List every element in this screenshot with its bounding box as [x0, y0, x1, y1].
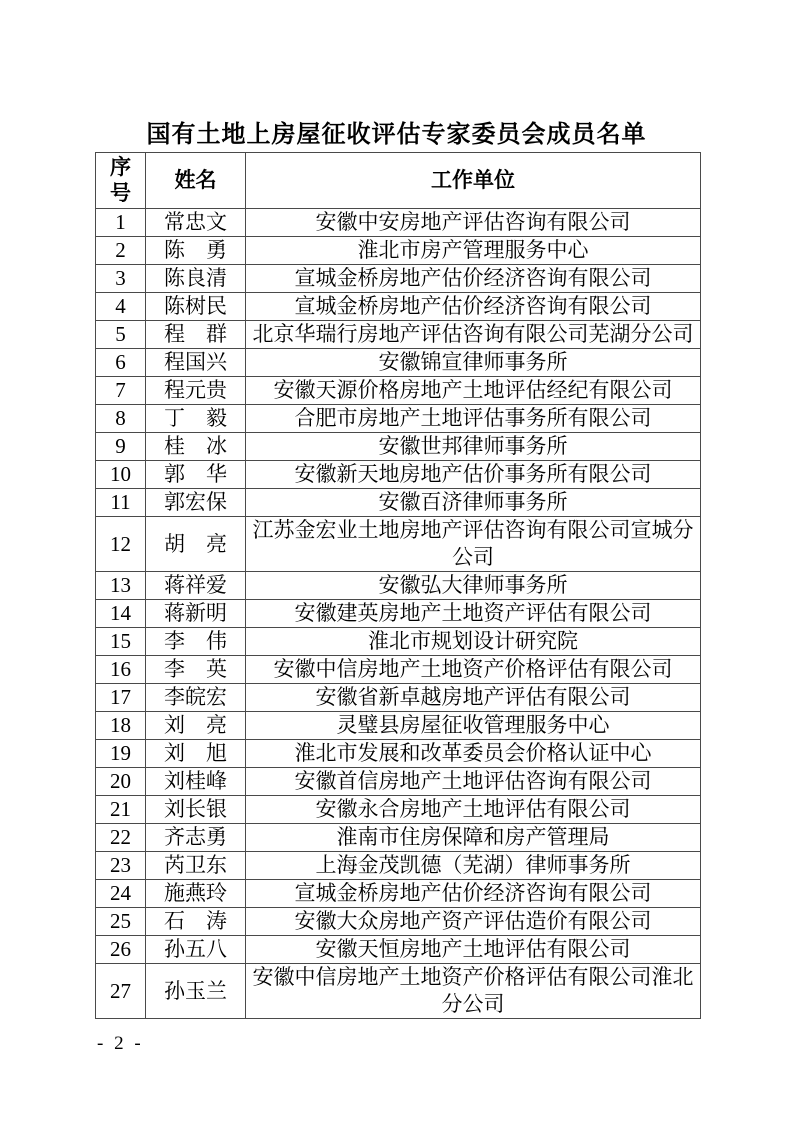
row-name: 孙玉兰	[146, 964, 246, 1019]
header-seq: 序号	[96, 153, 146, 209]
row-seq: 9	[96, 433, 146, 461]
row-name: 蒋祥爱	[146, 572, 246, 600]
table-row: 4陈树民宣城金桥房地产估价经济咨询有限公司	[96, 293, 701, 321]
row-name: 陈良清	[146, 265, 246, 293]
header-seq-label: 序号	[108, 155, 132, 207]
table-row: 26孙五八安徽天恒房地产土地评估有限公司	[96, 936, 701, 964]
row-name: 李 伟	[146, 628, 246, 656]
table-row: 13蒋祥爱安徽弘大律师事务所	[96, 572, 701, 600]
row-unit: 上海金茂凯德（芜湖）律师事务所	[246, 852, 701, 880]
table-row: 18刘 亮灵璧县房屋征收管理服务中心	[96, 712, 701, 740]
row-name: 陈树民	[146, 293, 246, 321]
row-name: 郭宏保	[146, 489, 246, 517]
table-row: 16李 英安徽中信房地产土地资产价格评估有限公司	[96, 656, 701, 684]
document-page: 国有土地上房屋征收评估专家委员会成员名单 序号 姓名 工作单位 1常忠文安徽中安…	[0, 0, 793, 1122]
table-row: 27孙玉兰安徽中信房地产土地资产价格评估有限公司淮北分公司	[96, 964, 701, 1019]
header-name: 姓名	[146, 153, 246, 209]
row-unit: 安徽中信房地产土地资产价格评估有限公司	[246, 656, 701, 684]
row-seq: 14	[96, 600, 146, 628]
row-unit: 宣城金桥房地产估价经济咨询有限公司	[246, 293, 701, 321]
table-row: 23芮卫东上海金茂凯德（芜湖）律师事务所	[96, 852, 701, 880]
table-row: 2陈 勇淮北市房产管理服务中心	[96, 237, 701, 265]
row-seq: 13	[96, 572, 146, 600]
row-unit: 安徽中安房地产评估咨询有限公司	[246, 209, 701, 237]
table-row: 15李 伟淮北市规划设计研究院	[96, 628, 701, 656]
table-row: 14蒋新明安徽建英房地产土地资产评估有限公司	[96, 600, 701, 628]
row-seq: 18	[96, 712, 146, 740]
row-seq: 8	[96, 405, 146, 433]
row-name: 刘长银	[146, 796, 246, 824]
row-seq: 10	[96, 461, 146, 489]
row-seq: 7	[96, 377, 146, 405]
row-seq: 16	[96, 656, 146, 684]
table-row: 19刘 旭淮北市发展和改革委员会价格认证中心	[96, 740, 701, 768]
header-unit: 工作单位	[246, 153, 701, 209]
row-unit: 宣城金桥房地产估价经济咨询有限公司	[246, 880, 701, 908]
row-name: 程国兴	[146, 349, 246, 377]
row-seq: 17	[96, 684, 146, 712]
row-name: 刘 亮	[146, 712, 246, 740]
row-unit: 安徽建英房地产土地资产评估有限公司	[246, 600, 701, 628]
row-name: 蒋新明	[146, 600, 246, 628]
row-unit: 淮南市住房保障和房产管理局	[246, 824, 701, 852]
row-seq: 4	[96, 293, 146, 321]
row-name: 程元贵	[146, 377, 246, 405]
row-seq: 2	[96, 237, 146, 265]
table-row: 5程 群北京华瑞行房地产评估咨询有限公司芜湖分公司	[96, 321, 701, 349]
page-title: 国有土地上房屋征收评估专家委员会成员名单	[0, 114, 793, 149]
row-unit: 宣城金桥房地产估价经济咨询有限公司	[246, 265, 701, 293]
row-seq: 24	[96, 880, 146, 908]
table-row: 8丁 毅合肥市房地产土地评估事务所有限公司	[96, 405, 701, 433]
row-name: 石 涛	[146, 908, 246, 936]
row-seq: 12	[96, 517, 146, 572]
row-name: 胡 亮	[146, 517, 246, 572]
row-seq: 5	[96, 321, 146, 349]
table-row: 21刘长银安徽永合房地产土地评估有限公司	[96, 796, 701, 824]
row-unit: 安徽中信房地产土地资产价格评估有限公司淮北分公司	[246, 964, 701, 1019]
row-seq: 21	[96, 796, 146, 824]
row-name: 芮卫东	[146, 852, 246, 880]
row-unit: 安徽新天地房地产估价事务所有限公司	[246, 461, 701, 489]
page-number: - 2 -	[97, 1033, 144, 1055]
row-seq: 25	[96, 908, 146, 936]
row-unit: 安徽省新卓越房地产评估有限公司	[246, 684, 701, 712]
row-unit: 安徽百济律师事务所	[246, 489, 701, 517]
table-row: 6程国兴安徽锦宣律师事务所	[96, 349, 701, 377]
row-seq: 20	[96, 768, 146, 796]
row-unit: 安徽永合房地产土地评估有限公司	[246, 796, 701, 824]
row-unit: 淮北市规划设计研究院	[246, 628, 701, 656]
row-unit: 安徽天源价格房地产土地评估经纪有限公司	[246, 377, 701, 405]
row-seq: 11	[96, 489, 146, 517]
row-name: 刘桂峰	[146, 768, 246, 796]
row-unit: 安徽大众房地产资产评估造价有限公司	[246, 908, 701, 936]
table-header-row: 序号 姓名 工作单位	[96, 153, 701, 209]
row-seq: 19	[96, 740, 146, 768]
row-name: 陈 勇	[146, 237, 246, 265]
row-name: 桂 冰	[146, 433, 246, 461]
table-row: 1常忠文安徽中安房地产评估咨询有限公司	[96, 209, 701, 237]
row-seq: 6	[96, 349, 146, 377]
row-unit: 淮北市房产管理服务中心	[246, 237, 701, 265]
table-row: 22齐志勇淮南市住房保障和房产管理局	[96, 824, 701, 852]
row-unit: 安徽首信房地产土地评估咨询有限公司	[246, 768, 701, 796]
table-row: 3陈良清宣城金桥房地产估价经济咨询有限公司	[96, 265, 701, 293]
table-row: 7程元贵安徽天源价格房地产土地评估经纪有限公司	[96, 377, 701, 405]
row-seq: 15	[96, 628, 146, 656]
row-name: 孙五八	[146, 936, 246, 964]
row-unit: 灵璧县房屋征收管理服务中心	[246, 712, 701, 740]
row-unit: 安徽世邦律师事务所	[246, 433, 701, 461]
row-unit: 北京华瑞行房地产评估咨询有限公司芜湖分公司	[246, 321, 701, 349]
row-unit: 安徽弘大律师事务所	[246, 572, 701, 600]
table-row: 9桂 冰安徽世邦律师事务所	[96, 433, 701, 461]
row-name: 李皖宏	[146, 684, 246, 712]
row-name: 郭 华	[146, 461, 246, 489]
row-unit: 安徽锦宣律师事务所	[246, 349, 701, 377]
row-unit: 淮北市发展和改革委员会价格认证中心	[246, 740, 701, 768]
row-name: 程 群	[146, 321, 246, 349]
table-row: 17李皖宏安徽省新卓越房地产评估有限公司	[96, 684, 701, 712]
row-unit: 合肥市房地产土地评估事务所有限公司	[246, 405, 701, 433]
table-row: 10郭 华安徽新天地房地产估价事务所有限公司	[96, 461, 701, 489]
row-seq: 27	[96, 964, 146, 1019]
row-seq: 3	[96, 265, 146, 293]
row-seq: 1	[96, 209, 146, 237]
row-name: 丁 毅	[146, 405, 246, 433]
row-seq: 23	[96, 852, 146, 880]
row-unit: 江苏金宏业土地房地产评估咨询有限公司宣城分公司	[246, 517, 701, 572]
row-name: 施燕玲	[146, 880, 246, 908]
table-row: 20刘桂峰安徽首信房地产土地评估咨询有限公司	[96, 768, 701, 796]
row-name: 刘 旭	[146, 740, 246, 768]
row-name: 李 英	[146, 656, 246, 684]
row-unit: 安徽天恒房地产土地评估有限公司	[246, 936, 701, 964]
table-row: 12胡 亮江苏金宏业土地房地产评估咨询有限公司宣城分公司	[96, 517, 701, 572]
row-name: 常忠文	[146, 209, 246, 237]
members-table: 序号 姓名 工作单位 1常忠文安徽中安房地产评估咨询有限公司2陈 勇淮北市房产管…	[95, 152, 701, 1019]
table-row: 11郭宏保安徽百济律师事务所	[96, 489, 701, 517]
table-row: 25石 涛安徽大众房地产资产评估造价有限公司	[96, 908, 701, 936]
row-seq: 26	[96, 936, 146, 964]
table-row: 24施燕玲宣城金桥房地产估价经济咨询有限公司	[96, 880, 701, 908]
row-name: 齐志勇	[146, 824, 246, 852]
row-seq: 22	[96, 824, 146, 852]
